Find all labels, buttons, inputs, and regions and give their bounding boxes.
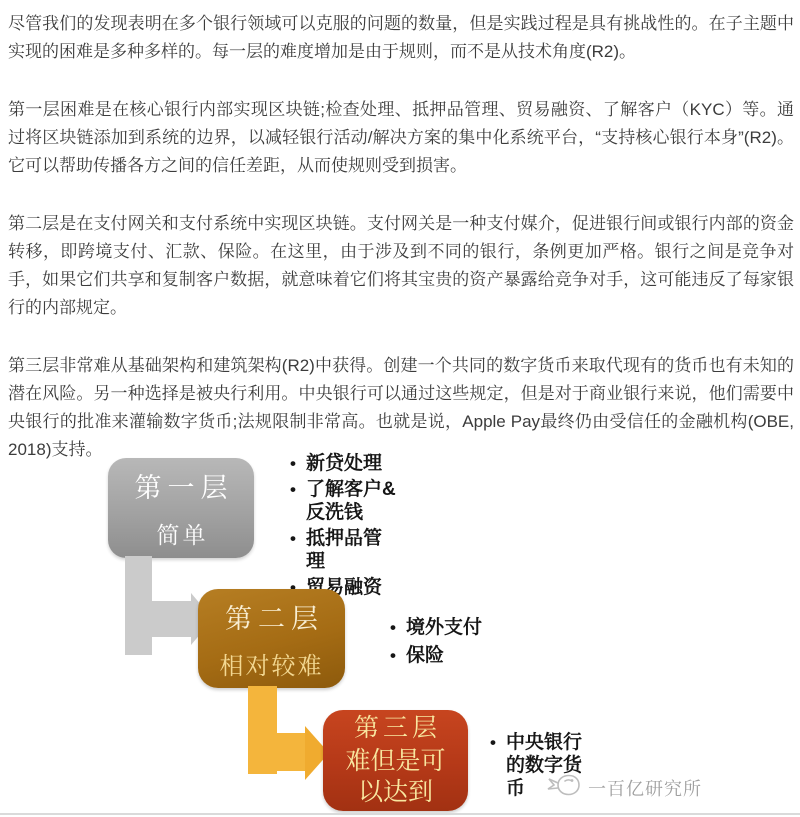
paragraph-layer2: 第二层是在支付网关和支付系统中实现区块链。支付网关是一种支付媒介，促进银行间或银… — [8, 210, 794, 322]
bottom-divider — [0, 813, 800, 815]
paragraph-layer1: 第一层困难是在核心银行内部实现区块链;检查处理、抵押品管理、贸易融资、了解客户（… — [8, 96, 794, 180]
layer2-bullet-list: 境外支付 保险 — [390, 616, 510, 672]
list-item: 保险 — [390, 644, 510, 668]
layer3-box: 第三层 难但是可以达到 — [323, 710, 468, 811]
watermark: 一百亿研究所 — [545, 772, 702, 803]
layer3-subtitle: 难但是可以达到 — [340, 746, 452, 808]
watermark-label: 一百亿研究所 — [588, 775, 702, 801]
layer2-subtitle: 相对较难 — [220, 646, 324, 681]
arrow-gray-horizontal — [125, 601, 191, 637]
arrow-yellow-horizontal — [248, 733, 305, 771]
layer3-title: 第三层 — [350, 713, 441, 744]
list-item: 了解客户&反洗钱 — [290, 478, 396, 524]
list-item: 新贷处理 — [290, 452, 396, 475]
layer1-title: 第一层 — [129, 466, 234, 505]
list-item: 境外支付 — [390, 616, 510, 640]
paragraph-layer3: 第三层非常难从基础架构和建筑架构(R2)中获得。创建一个共同的数字货币来取代现有… — [8, 352, 794, 464]
article-body: 尽管我们的发现表明在多个银行领域可以克服的问题的数量，但是实践过程是具有挑战性的… — [8, 10, 794, 494]
layer2-box: 第二层 相对较难 — [198, 589, 345, 688]
list-item: 抵押品管理 — [290, 527, 396, 573]
layer1-bullet-list: 新贷处理 了解客户&反洗钱 抵押品管理 贸易融资 — [290, 452, 396, 602]
layer1-box: 第一层 简单 — [108, 458, 254, 558]
layer1-subtitle: 简单 — [154, 517, 209, 550]
paragraph-intro: 尽管我们的发现表明在多个银行领域可以克服的问题的数量，但是实践过程是具有挑战性的… — [8, 10, 794, 66]
layer2-title: 第二层 — [219, 597, 324, 636]
watermark-bird-icon — [545, 772, 581, 803]
